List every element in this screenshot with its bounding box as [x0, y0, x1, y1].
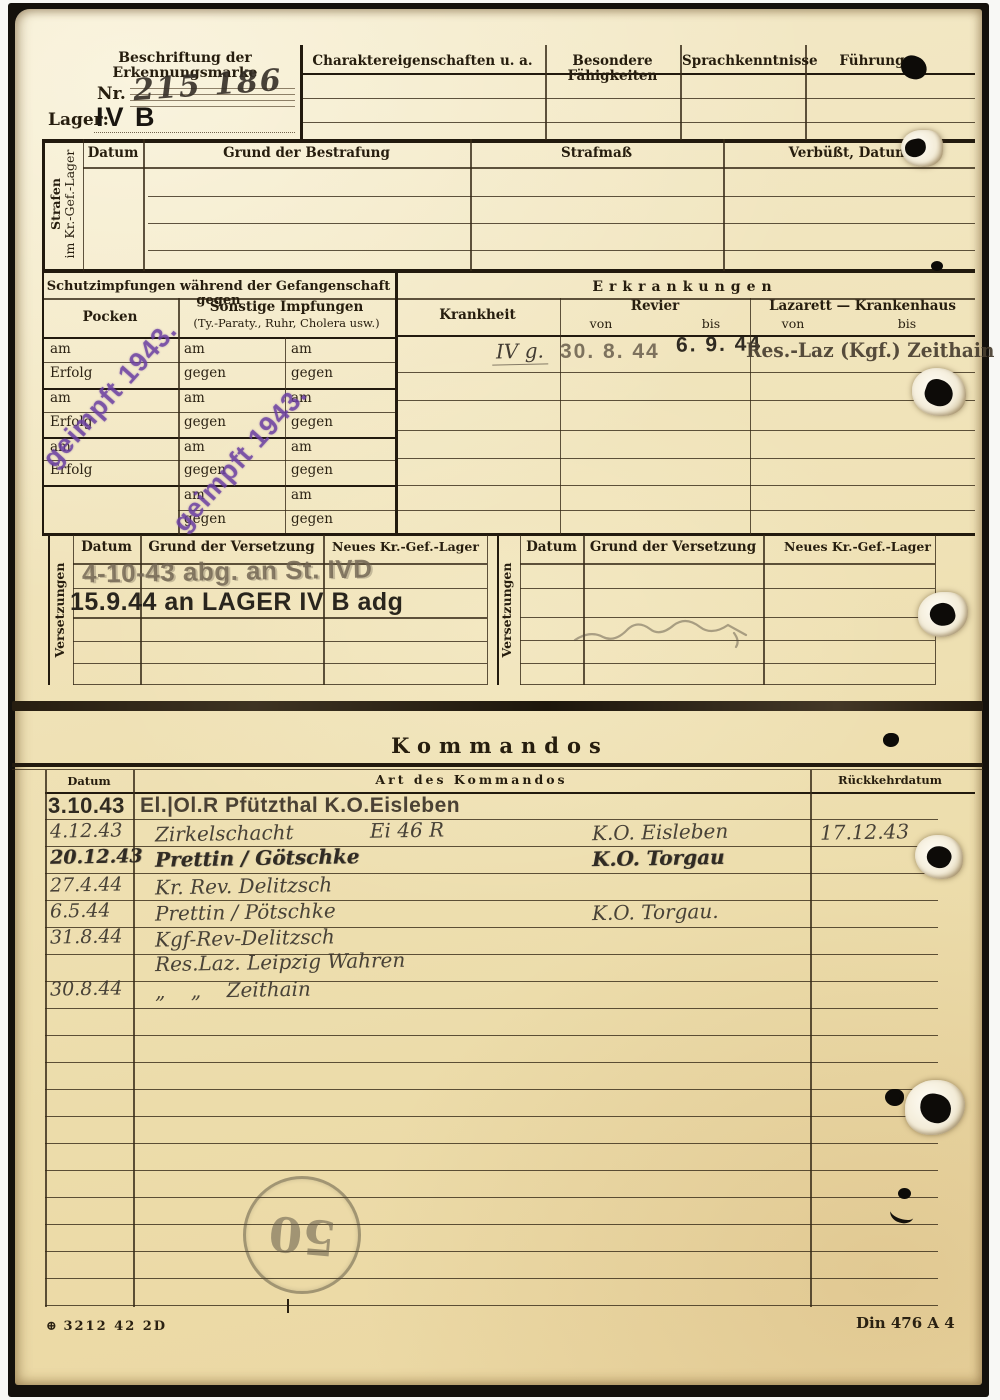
kommando-art: Prettin / Pötschke [155, 898, 336, 925]
kommando-art: Prettin / Götschke [155, 844, 360, 872]
kommando-datum: 27.4.44 [50, 873, 123, 896]
kommando-art: Zirkelschacht Ei 46 R [155, 817, 444, 846]
kommando-datum: 31.8.44 [50, 925, 123, 948]
footer-din-format: Din 476 A 4 [856, 1314, 955, 1332]
round-stamp-50: 50 [243, 1176, 361, 1294]
kommando-ort: K.O. Eisleben [592, 819, 729, 845]
kommando-rueckkehrdatum: 17.12.43 [820, 819, 909, 845]
kommando-art: „ „ Zeithain [155, 977, 311, 1004]
kommandos-entries: 3.10.43El.|Ol.R Pfützthal K.O.Eisleben4.… [0, 0, 1000, 1400]
footer-print-code: ⊕ 3212 42 2D [46, 1319, 167, 1334]
punch-hole [931, 261, 943, 271]
kommando-datum-stamp: 3.10.43 [48, 793, 125, 819]
punch-hole [885, 1089, 904, 1106]
kommando-datum: 6.5.44 [50, 899, 111, 922]
kommando-art: Res.Laz. Leipzig Wahren [155, 948, 406, 976]
fold-tick-mark [287, 1299, 289, 1313]
kommando-ort: K.O. Torgau. [592, 899, 719, 925]
kommando-datum: 4.12.43 [50, 819, 123, 842]
footer-print-code-text: 3212 42 2D [63, 1319, 167, 1334]
kommando-datum: 20.12.43 [50, 845, 143, 869]
kommando-ort: K.O. Torgau [592, 845, 725, 871]
pow-record-card-scan: amamamErfolggegengegenamamamErfolggegeng… [0, 0, 1000, 1400]
kommando-art: Kr. Rev. Delitzsch [155, 872, 333, 899]
punch-hole [898, 1188, 911, 1199]
kommando-datum: 30.8.44 [50, 977, 123, 1000]
round-stamp-value: 50 [266, 1204, 337, 1266]
printer-mark-icon: ⊕ [46, 1319, 57, 1334]
kommando-art-stamp: El.|Ol.R Pfützthal K.O.Eisleben [140, 794, 460, 818]
kommando-art: Kgf-Rev-Delitzsch [155, 924, 335, 951]
